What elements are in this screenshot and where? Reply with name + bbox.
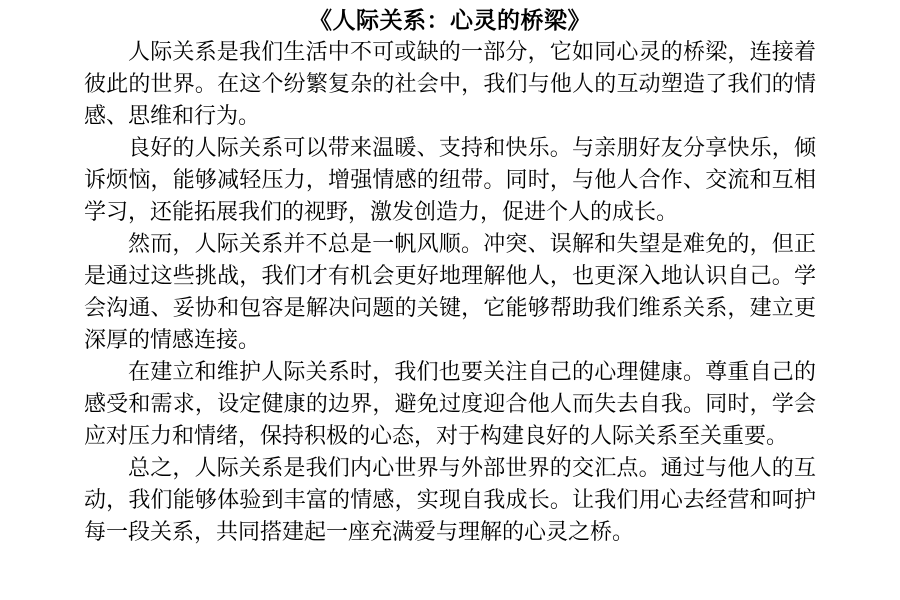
document-body: 《人际关系：心灵的桥梁》 人际关系是我们生活中不可或缺的一部分，它如同心灵的桥梁… [84, 0, 816, 548]
document-title: 《人际关系：心灵的桥梁》 [84, 4, 816, 36]
paragraph: 人际关系是我们生活中不可或缺的一部分，它如同心灵的桥梁，连接着彼此的世界。在这个… [84, 36, 816, 132]
paragraph: 良好的人际关系可以带来温暖、支持和快乐。与亲朋好友分享快乐，倾诉烦恼，能够减轻压… [84, 132, 816, 228]
paragraph: 在建立和维护人际关系时，我们也要关注自己的心理健康。尊重自己的感受和需求，设定健… [84, 356, 816, 452]
document-page: 《人际关系：心灵的桥梁》 人际关系是我们生活中不可或缺的一部分，它如同心灵的桥梁… [0, 0, 900, 600]
paragraph: 然而，人际关系并不总是一帆风顺。冲突、误解和失望是难免的，但正是通过这些挑战，我… [84, 228, 816, 356]
paragraph: 总之，人际关系是我们内心世界与外部世界的交汇点。通过与他人的互动，我们能够体验到… [84, 452, 816, 548]
